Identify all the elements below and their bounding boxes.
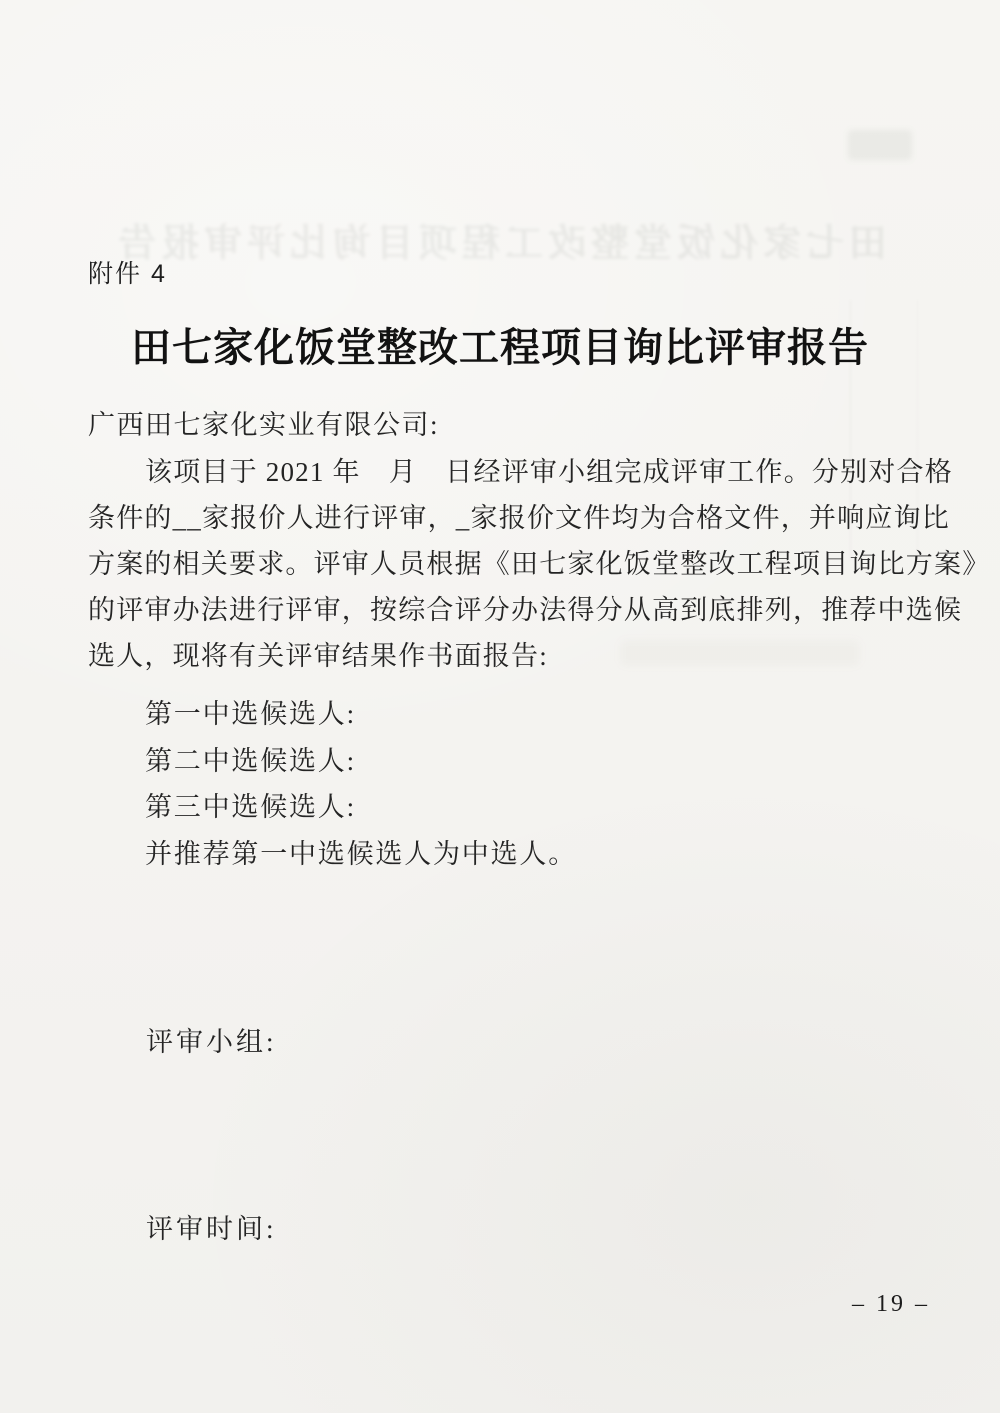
body-paragraph: 该项目于 2021 年 月 日经评审小组完成评审工作。分别对合格 条件的__家报… (88, 449, 938, 679)
candidate-line-first: 第一中选候选人: (88, 691, 938, 738)
attachment-label: 附件 4 (88, 254, 167, 290)
body-line: 条件的__家报价人进行评审，_家报价文件均为合格文件，并响应询比 (88, 495, 938, 541)
review-team-label: 评审小组: (146, 1020, 277, 1059)
body-line: 方案的相关要求。评审人员根据《田七家化饭堂整改工程项目询比方案》 (88, 541, 938, 587)
recommendation-line: 并推荐第一中选候选人为中选人。 (88, 831, 938, 878)
page-number: – 19 – (852, 1291, 930, 1318)
bleedthrough-smudge (848, 130, 912, 160)
candidate-line-third: 第三中选候选人: (88, 784, 938, 831)
scanned-document-page: 田七家化饭堂整改工程项目询比评审报告 附件 4 田七家化饭堂整改工程项目询比评审… (0, 0, 1000, 1413)
salutation-line: 广西田七家化实业有限公司: (88, 403, 439, 442)
document-title: 田七家化饭堂整改工程项目询比评审报告 (0, 316, 1000, 373)
body-line: 的评审办法进行评审，按综合评分办法得分从高到底排列，推荐中选候 (88, 587, 938, 633)
body-line: 选人，现将有关评审结果作书面报告: (88, 633, 938, 679)
candidate-list: 第一中选候选人: 第二中选候选人: 第三中选候选人: 并推荐第一中选候选人为中选… (88, 691, 938, 877)
candidate-line-second: 第二中选候选人: (88, 738, 938, 785)
body-line: 该项目于 2021 年 月 日经评审小组完成评审工作。分别对合格 (88, 449, 938, 495)
review-time-label: 评审时间: (146, 1207, 277, 1246)
